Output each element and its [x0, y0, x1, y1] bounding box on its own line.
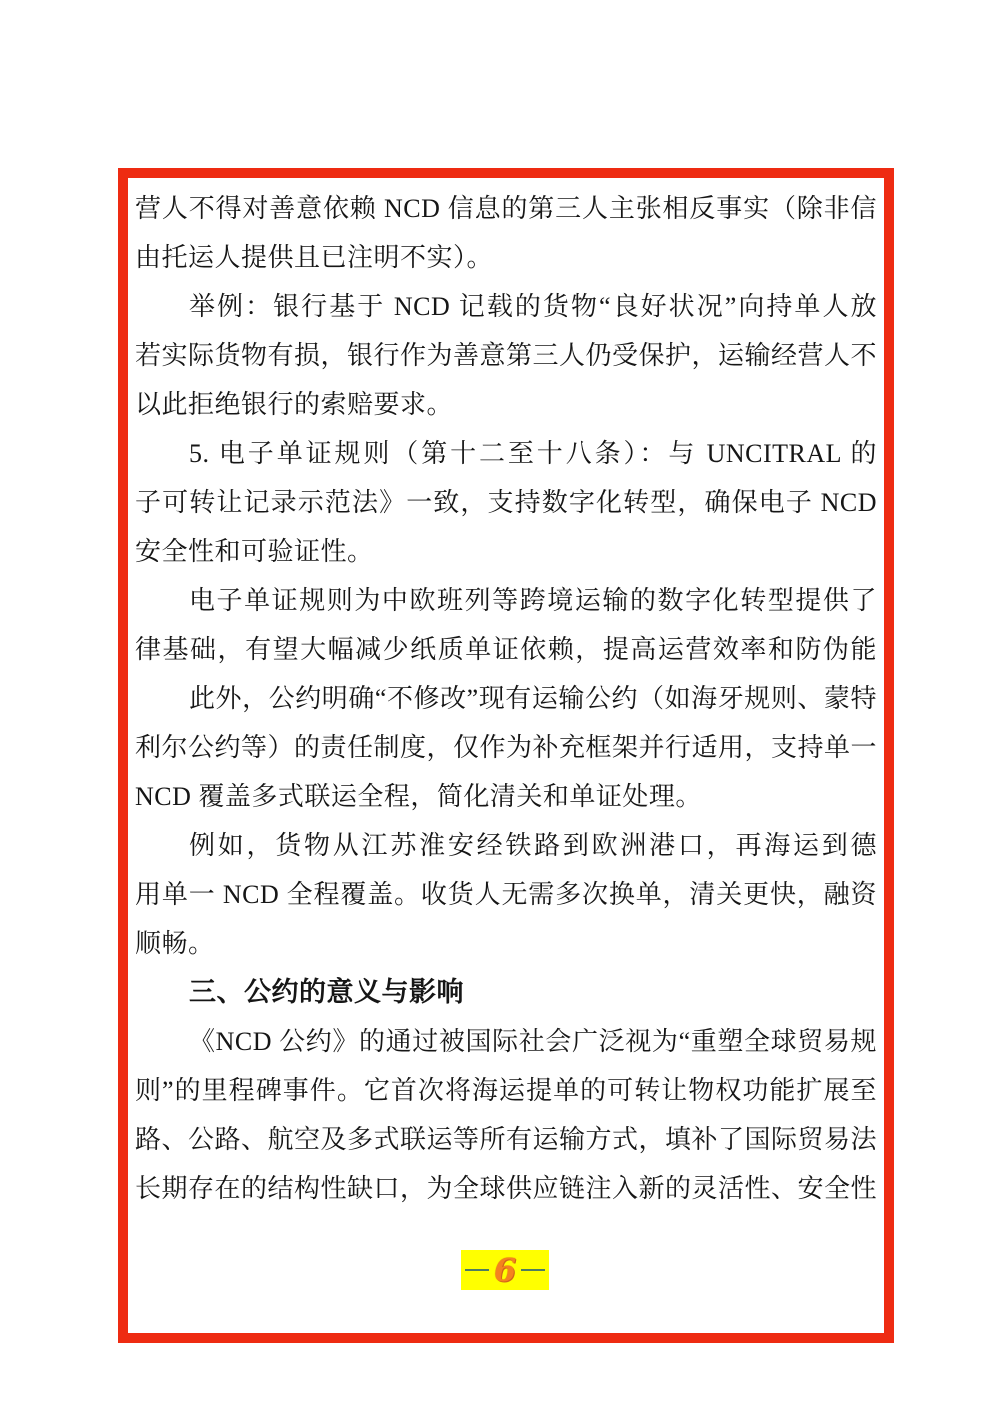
- text-line: 用单一 NCD 全程覆盖。收货人无需多次换单，清关更快，融资更: [135, 870, 877, 919]
- document-page: 营人不得对善意依赖 NCD 信息的第三人主张相反事实（除非信息由托运人提供且已注…: [0, 0, 1000, 1414]
- text-line: 电子单证规则为中欧班列等跨境运输的数字化转型提供了法: [135, 576, 877, 625]
- text-line: 营人不得对善意依赖 NCD 信息的第三人主张相反事实（除非信息: [135, 184, 877, 233]
- page-number-badge: 6: [461, 1250, 549, 1290]
- text-line: 顺畅。: [135, 919, 877, 968]
- text-line: 由托运人提供且已注明不实）。: [135, 233, 877, 282]
- text-line: 举例：银行基于 NCD 记载的货物“良好状况”向持单人放贷。: [135, 282, 877, 331]
- page-number: 6: [494, 1251, 516, 1289]
- section-heading: 三、公约的意义与影响: [135, 968, 877, 1017]
- text-line: 子可转让记录示范法》一致，支持数字化转型，确保电子 NCD 的: [135, 478, 877, 527]
- text-line: 路、公路、航空及多式联运等所有运输方式，填补了国际贸易法中: [135, 1115, 877, 1164]
- text-line: 律基础，有望大幅减少纸质单证依赖，提高运营效率和防伪能力。: [135, 625, 877, 674]
- text-line: 若实际货物有损，银行作为善意第三人仍受保护，运输经营人不能: [135, 331, 877, 380]
- text-line: 长期存在的结构性缺口，为全球供应链注入新的灵活性、安全性和: [135, 1164, 877, 1213]
- text-line: 此外，公约明确“不修改”现有运输公约（如海牙规则、蒙特: [135, 674, 877, 723]
- text-line: 《NCD 公约》的通过被国际社会广泛视为“重塑全球贸易规: [135, 1017, 877, 1066]
- text-line: 5. 电子单证规则（第十二至十八条）：与 UNCITRAL 的《电: [135, 429, 877, 478]
- text-line: 则”的里程碑事件。它首次将海运提单的可转让物权功能扩展至铁: [135, 1066, 877, 1115]
- text-line: 安全性和可验证性。: [135, 527, 877, 576]
- dash-right-decoration: [521, 1269, 545, 1271]
- text-line: NCD 覆盖多式联运全程，简化清关和单证处理。: [135, 772, 877, 821]
- document-text: 营人不得对善意依赖 NCD 信息的第三人主张相反事实（除非信息由托运人提供且已注…: [135, 184, 877, 1213]
- dash-left-decoration: [465, 1269, 489, 1271]
- text-line: 例如，货物从江苏淮安经铁路到欧洲港口，再海运到德国，可: [135, 821, 877, 870]
- text-line: 以此拒绝银行的索赔要求。: [135, 380, 877, 429]
- text-line: 利尔公约等）的责任制度，仅作为补充框架并行适用，支持单一: [135, 723, 877, 772]
